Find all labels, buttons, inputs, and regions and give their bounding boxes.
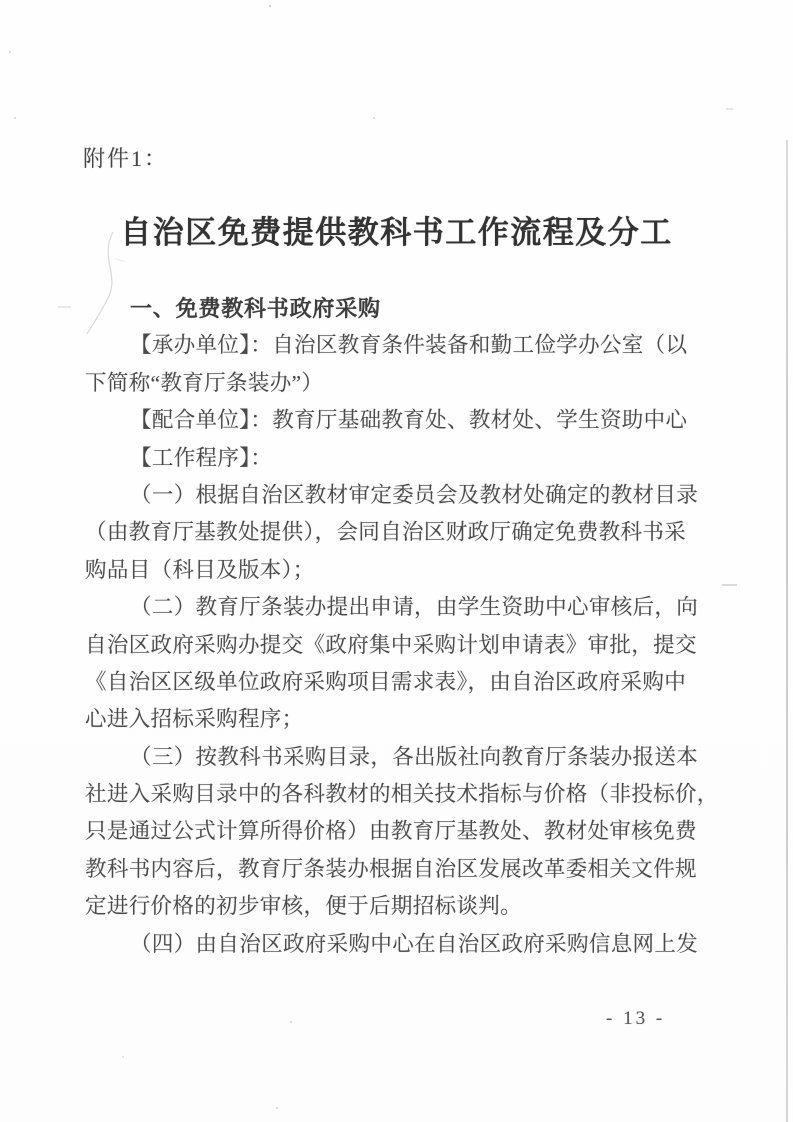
text-line: 【配合单位】：教育厅基础教育处、教材处、学生资助中心 <box>85 402 725 439</box>
text-line: （四）由自治区政府采购中心在自治区政府采购信息网上发 <box>85 926 725 963</box>
text-line: （三）按教科书采购目录，各出版社向教育厅条装办报送本 <box>85 739 725 776</box>
text-line: 《自治区区级单位政府采购项目需求表》，由自治区政府采购中 <box>85 664 725 701</box>
text-line: 下简称“教育厅条装办”） <box>85 365 725 402</box>
text-line: 社进入采购目录中的各科教材的相关技术指标与价格（非投标价， <box>85 776 725 813</box>
section-heading: 一、免费教科书政府采购 <box>85 290 725 327</box>
document-title: 自治区免费提供教科书工作流程及分工 <box>0 207 793 252</box>
text-line: 只是通过公式计算所得价格）由教育厅基教处、教材处审核免费 <box>85 813 725 850</box>
text-line: 【工作程序】： <box>85 440 725 477</box>
scan-smudge <box>726 108 733 110</box>
text-line: 定进行价格的初步审核，便于后期招标谈判。 <box>85 888 725 925</box>
text-line: 【承办单位】：自治区教育条件装备和勤工俭学办公室（以 <box>85 327 725 364</box>
attachment-label: 附件1： <box>83 142 168 173</box>
scan-smudge <box>722 584 737 586</box>
scan-speck <box>276 1107 278 1109</box>
scan-speck <box>122 1056 124 1058</box>
scan-speck <box>290 1021 292 1023</box>
scanned-page: 附件1： 自治区免费提供教科书工作流程及分工 一、免费教科书政府采购 【承办单位… <box>0 0 793 1122</box>
scan-speck <box>9 51 11 53</box>
text-line: （由教育厅基教处提供），会同自治区财政厅确定免费教科书采 <box>85 514 725 551</box>
text-line: （二）教育厅条装办提出申请，由学生资助中心审核后，向 <box>85 589 725 626</box>
text-line: 教科书内容后，教育厅条装办根据自治区发展改革委相关文件规 <box>85 851 725 888</box>
scan-speck <box>14 117 16 119</box>
text-line: 心进入招标采购程序； <box>85 701 725 738</box>
text-line: 购品目（科目及版本）； <box>85 552 725 589</box>
scan-smudge <box>58 306 71 308</box>
document-body: 一、免费教科书政府采购 【承办单位】：自治区教育条件装备和勤工俭学办公室（以 下… <box>85 290 725 963</box>
scan-speck <box>269 5 271 7</box>
page-number: - 13 - <box>606 1008 665 1030</box>
scan-speck <box>373 117 375 119</box>
text-line: 自治区政府采购办提交《政府集中采购计划申请表》审批，提交 <box>85 627 725 664</box>
text-line: （一）根据自治区教材审定委员会及教材处确定的教材目录 <box>85 477 725 514</box>
scan-edge-shadow-line <box>786 140 788 1122</box>
